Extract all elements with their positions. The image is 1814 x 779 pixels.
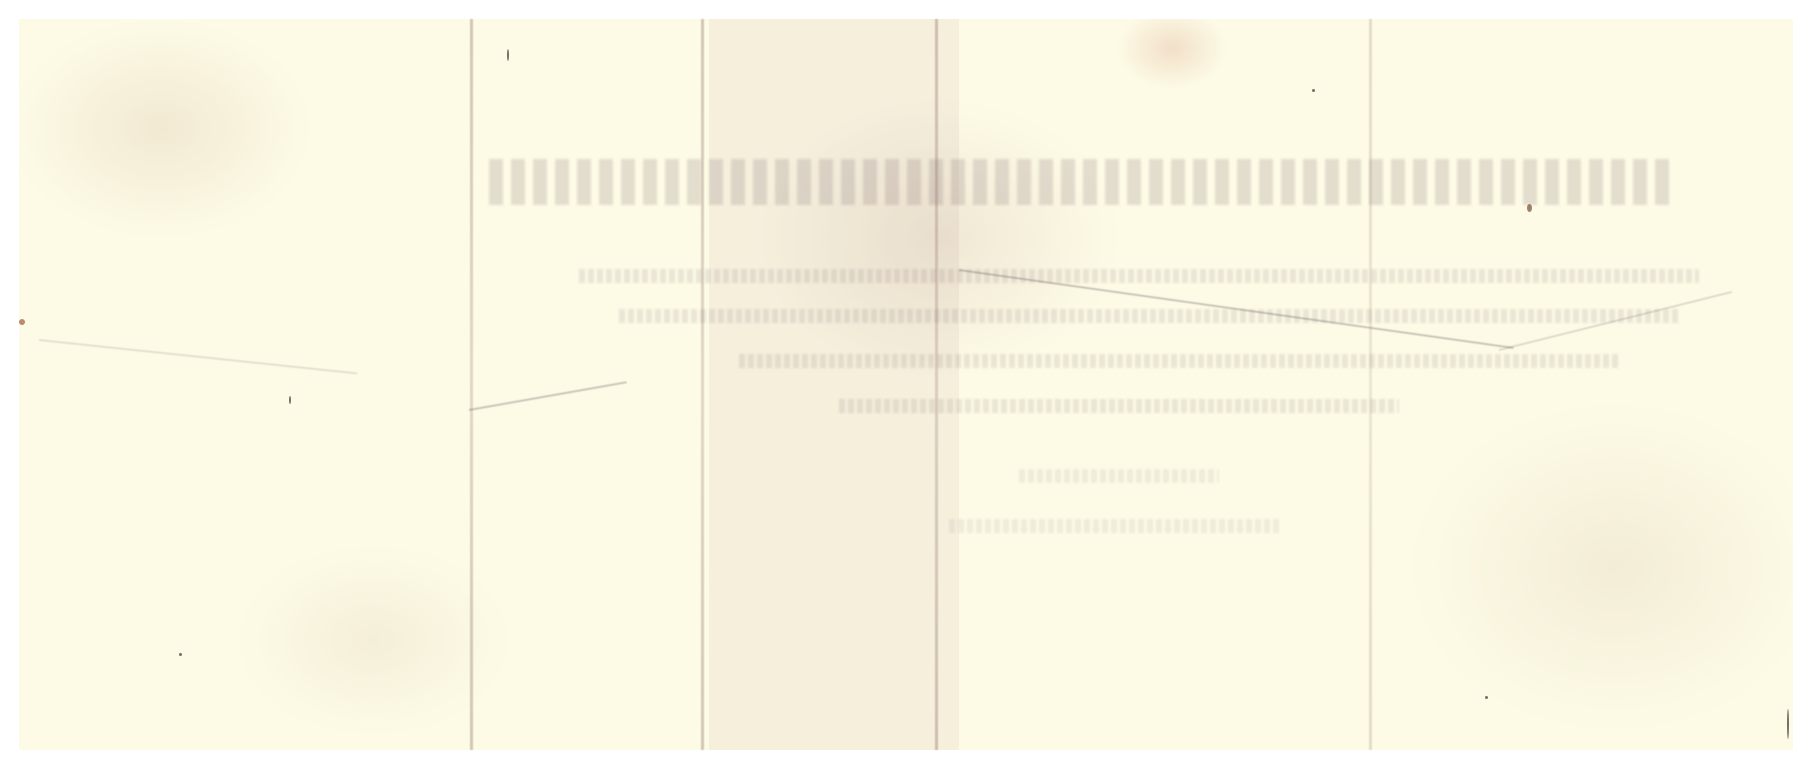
fold-line xyxy=(935,19,938,750)
ghost-text-line xyxy=(619,309,1679,323)
ghost-text-line xyxy=(579,269,1699,283)
fold-line xyxy=(701,19,704,750)
ghost-text-line xyxy=(1019,469,1219,483)
ghost-text-line xyxy=(739,354,1619,368)
crease xyxy=(469,381,627,411)
ink-speck xyxy=(1787,709,1789,739)
ghost-text-line xyxy=(839,399,1399,413)
ink-speck xyxy=(507,49,509,61)
ink-speck xyxy=(179,653,182,656)
ink-speck xyxy=(19,319,25,325)
fold-line xyxy=(1369,19,1372,750)
fold-line xyxy=(470,19,473,750)
stain-band xyxy=(709,19,959,750)
ink-speck xyxy=(289,396,291,404)
crease xyxy=(39,339,357,374)
aged-paper-sheet xyxy=(19,19,1793,750)
ghost-text-line xyxy=(949,519,1279,533)
ghost-headline xyxy=(489,159,1669,205)
ink-speck xyxy=(1527,204,1532,212)
ink-speck xyxy=(1485,696,1488,699)
ink-speck xyxy=(1312,89,1315,92)
